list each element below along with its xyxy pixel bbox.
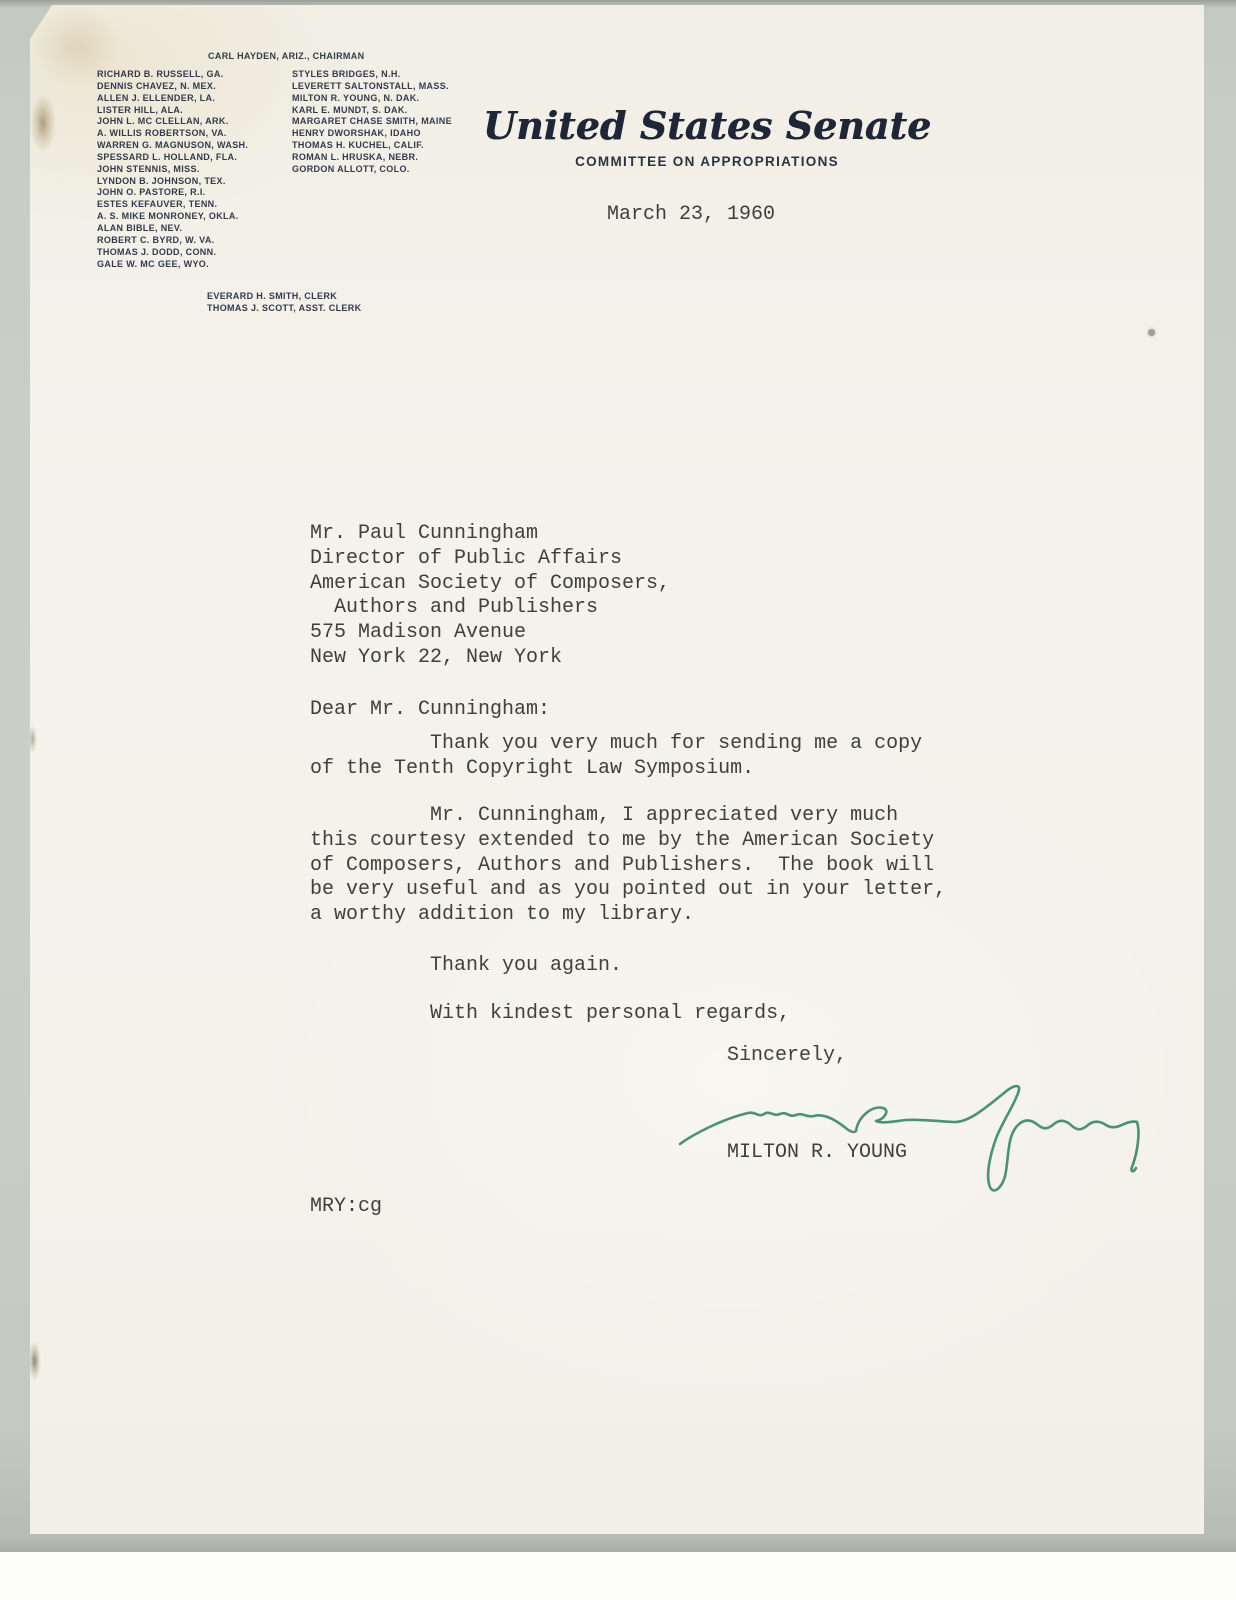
member-name: JOHN O. PASTORE, R.I. — [97, 187, 248, 199]
body-paragraph-1: Thank you very much for sending me a cop… — [310, 732, 922, 782]
masthead: United States Senate COMMITTEE ON APPROP… — [317, 105, 1097, 169]
member-name: JOHN L. MC CLELLAN, ARK. — [97, 116, 248, 128]
paper-edge-stain — [30, 93, 56, 153]
member-name: ALAN BIBLE, NEV. — [97, 223, 248, 235]
senate-letterhead-title: United States Senate — [317, 105, 1097, 147]
body-paragraph-2: Mr. Cunningham, I appreciated very much … — [310, 804, 946, 928]
member-name: LEVERETT SALTONSTALL, MASS. — [292, 81, 452, 93]
typist-initials: MRY:cg — [310, 1195, 382, 1220]
typed-signature-name: MILTON R. YOUNG — [727, 1141, 907, 1166]
member-name: LYNDON B. JOHNSON, TEX. — [97, 176, 248, 188]
member-name: SPESSARD L. HOLLAND, FLA. — [97, 152, 248, 164]
member-name: JOHN STENNIS, MISS. — [97, 164, 248, 176]
letter-paper: CARL HAYDEN, ARIZ., CHAIRMAN RICHARD B. … — [30, 5, 1204, 1534]
thank-you-line: Thank you again. — [310, 954, 622, 979]
member-name: STYLES BRIDGES, N.H. — [292, 69, 452, 81]
milton-young-signature — [652, 1063, 1172, 1203]
member-name: RICHARD B. RUSSELL, GA. — [97, 69, 248, 81]
clerk-lines: EVERARD H. SMITH, CLERKTHOMAS J. SCOTT, … — [207, 291, 361, 315]
committee-name: COMMITTEE ON APPROPRIATIONS — [317, 154, 1097, 169]
recipient-address: Mr. Paul Cunningham Director of Public A… — [310, 522, 670, 671]
member-name: THOMAS J. DODD, CONN. — [97, 247, 248, 259]
member-name: MILTON R. YOUNG, N. DAK. — [292, 93, 452, 105]
member-name: A. WILLIS ROBERTSON, VA. — [97, 128, 248, 140]
date-line: March 23, 1960 — [607, 203, 775, 228]
regards-line: With kindest personal regards, — [310, 1002, 790, 1027]
paper-fleck — [1148, 329, 1155, 336]
scanned-letter-page: CARL HAYDEN, ARIZ., CHAIRMAN RICHARD B. … — [0, 0, 1236, 1600]
members-left-column: RICHARD B. RUSSELL, GA.DENNIS CHAVEZ, N.… — [97, 69, 248, 270]
member-name: LISTER HILL, ALA. — [97, 105, 248, 117]
chairman-line: CARL HAYDEN, ARIZ., CHAIRMAN — [208, 51, 364, 63]
member-name: DENNIS CHAVEZ, N. MEX. — [97, 81, 248, 93]
signature-stroke — [680, 1086, 1138, 1190]
member-name: WARREN G. MAGNUSON, WASH. — [97, 140, 248, 152]
clerk-name: THOMAS J. SCOTT, ASST. CLERK — [207, 303, 361, 315]
member-name: A. S. MIKE MONRONEY, OKLA. — [97, 211, 248, 223]
member-name: ESTES KEFAUVER, TENN. — [97, 199, 248, 211]
member-name: ALLEN J. ELLENDER, LA. — [97, 93, 248, 105]
member-name: GALE W. MC GEE, WYO. — [97, 259, 248, 271]
clerk-name: EVERARD H. SMITH, CLERK — [207, 291, 361, 303]
member-name: ROBERT C. BYRD, W. VA. — [97, 235, 248, 247]
salutation: Dear Mr. Cunningham: — [310, 698, 550, 723]
